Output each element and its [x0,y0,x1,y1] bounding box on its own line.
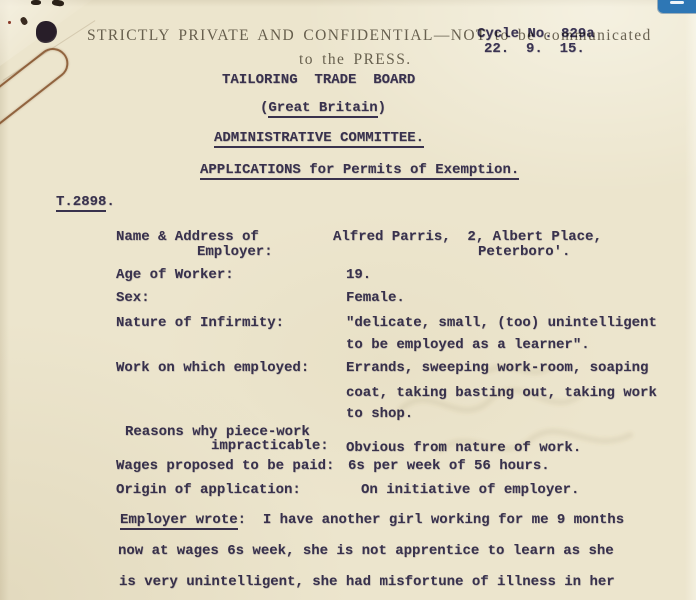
committee-heading-text: ADMINISTRATIVE COMMITTEE. [214,130,424,148]
case-number: T.2898. [56,194,115,210]
red-speck [8,21,11,24]
hole-punch-mark [36,21,57,43]
field-value-wages: 6s per week of 56 hours. [348,458,550,474]
subject-heading: APPLICATIONS for Permits of Exemption. [200,162,519,178]
cycle-number-stamp: Cycle No. 829a [477,26,595,42]
field-value-origin: On initiative of employer. [361,482,579,498]
field-value-sex: Female. [346,290,405,306]
employer-note-line2: now at wages 6s week, she is not apprent… [118,543,614,559]
employer-note-line3: is very unintelligent, she had misfortun… [119,574,615,590]
committee-heading: ADMINISTRATIVE COMMITTEE. [214,130,424,146]
scanned-document-page: STRICTLY PRIVATE AND CONFIDENTIAL—NOT to… [0,0,696,600]
field-value-work-line2: coat, taking basting out, taking work [346,385,657,401]
field-value-age: 19. [346,267,371,283]
field-label-infirmity: Nature of Infirmity: [116,315,284,331]
field-value-infirmity-line1: "delicate, small, (too) unintelligent [346,315,657,331]
case-number-text: T.2898 [56,194,106,212]
field-label-work: Work on which employed: [116,360,309,376]
viewer-corner-button-icon [670,1,684,4]
field-value-employer-line2: Peterboro'. [478,244,570,260]
field-label-age: Age of Worker: [116,267,234,283]
employer-note-line1-text: I have another girl working for me 9 mon… [246,512,624,528]
press-notice: to the PRESS. [299,51,412,68]
field-label-piecework-line2: impracticable: [211,438,329,454]
field-label-wages: Wages proposed to be paid: [116,458,334,474]
paper-edge-speck [31,0,41,5]
field-value-work-line1: Errands, sweeping work-room, soaping [346,360,648,376]
viewer-corner-button[interactable] [658,0,696,13]
field-label-origin: Origin of application: [116,482,301,498]
employer-wrote-colon: : [238,512,246,528]
employer-note-line1: Employer wrote: I have another girl work… [120,512,624,528]
board-title: TAILORING TRADE BOARD [222,72,415,88]
date-stamp: 22. 9. 15. [484,41,585,57]
country-name: Great Britain [268,100,377,118]
field-label-name-address: Name & Address of [116,229,259,245]
field-value-infirmity-line2: to be employed as a learner". [346,337,590,353]
subject-heading-text: APPLICATIONS for Permits of Exemption. [200,162,519,180]
field-value-piecework: Obvious from nature of work. [346,440,581,456]
field-label-sex: Sex: [116,290,150,306]
case-number-period: . [106,194,114,210]
field-value-employer-line1: Alfred Parris, 2, Albert Place, [333,229,602,245]
field-value-work-line3: to shop. [346,406,413,422]
country-close-paren: ) [378,100,386,116]
employer-wrote-label: Employer wrote [120,512,238,530]
country-subtitle: (Great Britain) [260,100,386,116]
field-label-employer: Employer: [197,244,273,260]
